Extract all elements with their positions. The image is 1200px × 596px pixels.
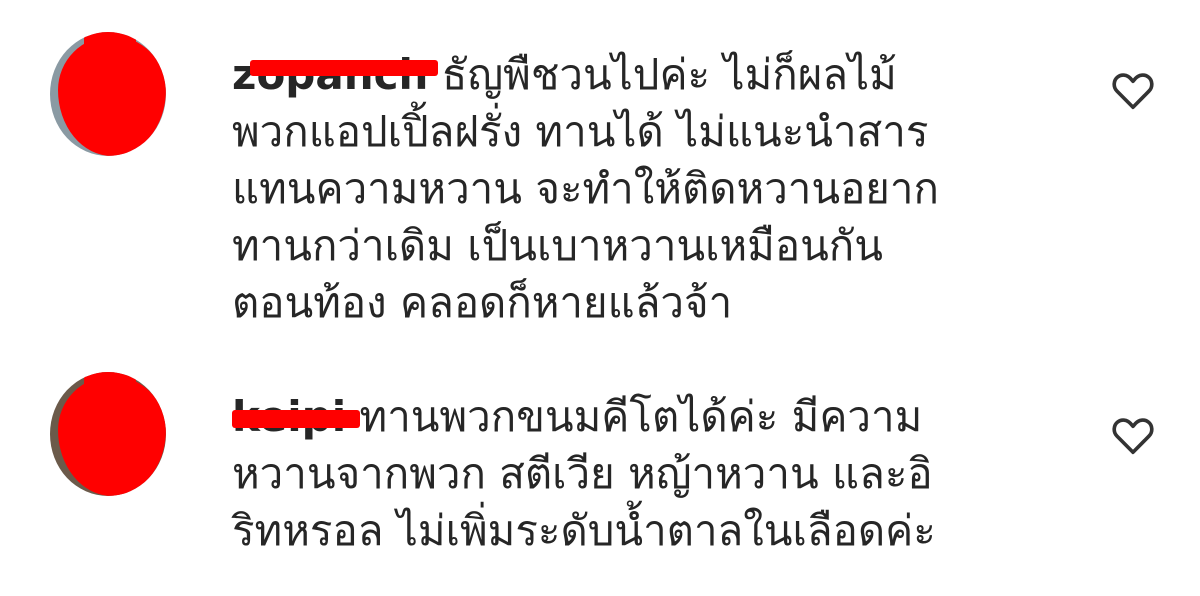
like-button[interactable] [1110, 70, 1156, 110]
avatar[interactable] [50, 32, 166, 156]
username-link[interactable]: zopanch [232, 50, 428, 99]
comment-line: zopanch ธัญพืชวนไปค่ะ ไม่ก็ผลไม้ [232, 46, 1062, 103]
like-button[interactable] [1110, 415, 1156, 455]
avatar-redaction [58, 36, 166, 156]
avatar[interactable] [50, 372, 166, 496]
comment-line: keipi ทานพวกขนมคีโตได้ค่ะ มีความ [232, 388, 1062, 445]
avatar-redaction-top [84, 32, 136, 52]
comment-line: พวกแอปเปิ้ลฝรั่ง ทานได้ ไม่แนะนำสาร [232, 103, 1062, 160]
comment-line: แทนความหวาน จะทำให้ติดหวานอยาก [232, 160, 1062, 217]
heart-outline-icon [1110, 70, 1156, 110]
avatar-redaction-top [84, 372, 136, 392]
comment-line: หวานจากพวก สตีเวีย หญ้าหวาน และอิ [232, 445, 1062, 502]
comment-text: ธัญพืชวนไปค่ะ ไม่ก็ผลไม้ [442, 50, 897, 99]
comment-body: keipi ทานพวกขนมคีโตได้ค่ะ มีความ หวานจาก… [232, 388, 1062, 559]
comment-line: ตอนท้อง คลอดก็หายแล้วจ้า [232, 274, 1062, 331]
comment-text: ทานพวกขนมคีโตได้ค่ะ มีความ [360, 392, 923, 441]
username-link[interactable]: keipi [232, 392, 346, 441]
avatar-redaction [58, 376, 166, 496]
comment-line: ริทหรอล ไม่เพิ่มระดับน้ำตาลในเลือดค่ะ [232, 502, 1062, 559]
comment-line: ทานกว่าเดิม เป็นเบาหวานเหมือนกัน [232, 217, 1062, 274]
username-redaction [232, 410, 360, 428]
comment-body: zopanch ธัญพืชวนไปค่ะ ไม่ก็ผลไม้ พวกแอปเ… [232, 46, 1062, 331]
username-redaction [250, 60, 438, 76]
heart-outline-icon [1110, 415, 1156, 455]
